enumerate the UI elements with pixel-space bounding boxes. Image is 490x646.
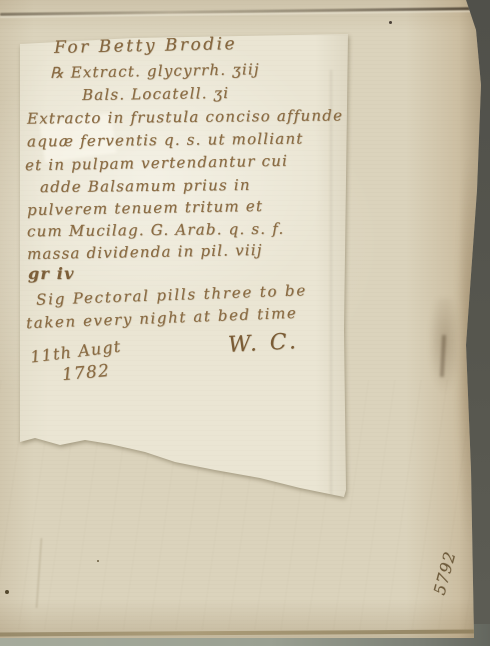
patient-name-line: For Betty Brodie — [54, 34, 237, 58]
date-year-line: 1782 — [61, 361, 111, 385]
direction-line: massa dividenda in pil. viij — [27, 241, 263, 263]
recipe-line: ℞ Extract. glycyrrh. ʒiij — [50, 60, 260, 82]
direction-line: et in pulpam vertendantur cui — [25, 152, 288, 175]
direction-line: Extracto in frustula conciso affunde — [27, 106, 343, 127]
dose-line: gr iv — [28, 264, 75, 283]
manuscript-photograph: For Betty Brodie ℞ Extract. glycyrrh. ʒi… — [0, 0, 490, 646]
signa-line: taken every night at bed time — [26, 304, 298, 332]
archive-number: 5792 — [430, 549, 460, 597]
direction-line: pulverem tenuem tritum et — [27, 197, 263, 219]
physician-initials: W. C. — [227, 329, 299, 358]
direction-line: cum Mucilag. G. Arab. q. s. f. — [27, 220, 285, 241]
recipe-line: Bals. Locatell. ʒi — [82, 84, 229, 104]
direction-line: adde Balsamum prius in — [40, 176, 251, 196]
direction-line: aquæ ferventis q. s. ut molliant — [27, 130, 304, 151]
handwriting-layer: For Betty Brodie ℞ Extract. glycyrrh. ʒi… — [0, 0, 490, 646]
